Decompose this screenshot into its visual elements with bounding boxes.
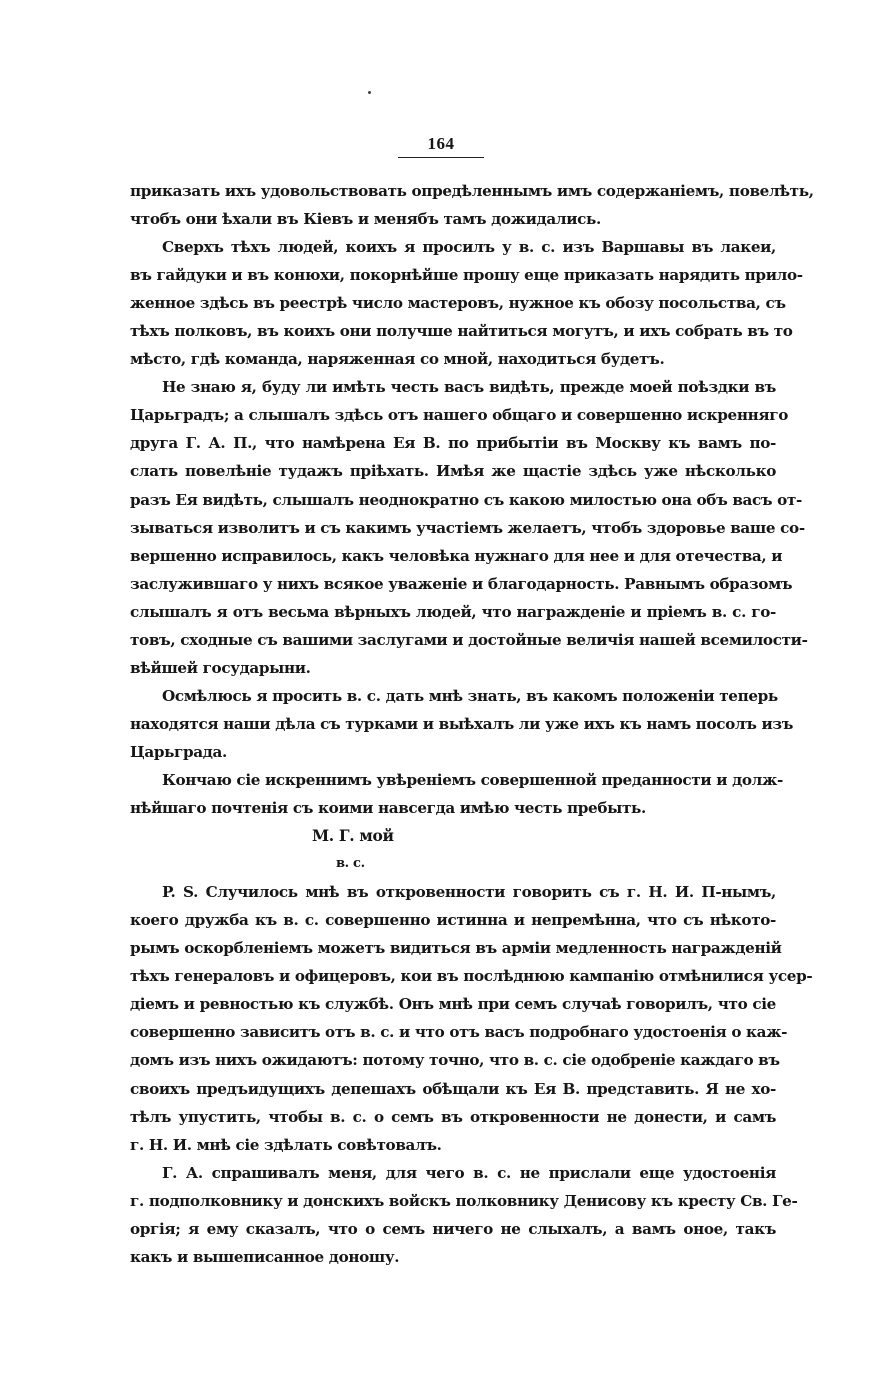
page-number-rule [398,157,484,158]
text-line: тѣлъ упустить, чтобы в. с. о семъ въ отк… [130,1103,776,1131]
text-line: Осмѣлюсь я просить в. с. дать мнѣ знать,… [130,682,776,710]
text-line: зываться изволитъ и съ какимъ участіемъ … [130,514,776,542]
text-line: Кончаю сіе искреннимъ увѣреніемъ соверше… [130,766,776,794]
text-line: нѣйшаго почтенія съ коими навсегда имѣю … [130,794,776,822]
text-line: приказать ихъ удовольствовать опредѣленн… [130,177,776,205]
signature-salutation: М. Г. мой [130,822,776,850]
text-line: слать повелѣніе тудажъ пріѣхать. Имѣя же… [130,457,776,485]
signature-abbrev: в. с. [130,850,776,878]
text-line: г. подполковнику и донскихъ войскъ полко… [130,1187,776,1215]
text-line: заслужившаго у нихъ всякое уваженіе и бл… [130,570,776,598]
text-line: діемъ и ревностью къ службѣ. Онъ мнѣ при… [130,990,776,1018]
text-line: Г. А. спрашивалъ меня, для чего в. с. не… [130,1159,776,1187]
text-line: рымъ оскорбленіемъ можетъ видиться въ ар… [130,934,776,962]
text-line: тѣхъ полковъ, въ коихъ они получше найти… [130,317,776,345]
text-line: находятся наши дѣла съ турками и выѣхалъ… [130,710,776,738]
text-line: совершенно зависитъ отъ в. с. и что отъ … [130,1018,776,1046]
text-line: въ гайдуки и въ конюхи, покорнѣйше прошу… [130,261,776,289]
text-line: чтобъ они ѣхали въ Кіевъ и менябъ тамъ д… [130,205,776,233]
text-line: мѣсто, гдѣ команда, наряженная со мной, … [130,345,776,373]
text-line: женное здѣсь въ реестрѣ число мастеровъ,… [130,289,776,317]
text-line: вершенно исправилось, какъ человѣка нужн… [130,542,776,570]
text-line: разъ Ея видѣть, слышалъ неоднократно съ … [130,486,776,514]
text-line: Не знаю я, буду ли имѣть честь васъ видѣ… [130,373,776,401]
text-line: коего дружба къ в. с. совершенно истинна… [130,906,776,934]
text-line: оргія; я ему сказалъ, что о семъ ничего … [130,1215,776,1243]
text-line: Сверхъ тѣхъ людей, коихъ я просилъ у в. … [130,233,776,261]
text-line: Царьградъ; а слышалъ здѣсь отъ нашего об… [130,401,776,429]
text-line: Царьграда. [130,738,776,766]
page-body: приказать ихъ удовольствовать опредѣленн… [130,177,776,1271]
text-line: тѣхъ генераловъ и офицеровъ, кои въ посл… [130,962,776,990]
text-line: своихъ предъидущихъ депешахъ обѣщали къ … [130,1075,776,1103]
page-number: 164 [398,134,484,154]
text-line: вѣйшей государыни. [130,654,776,682]
scan-speck [368,91,371,94]
text-line: домъ изъ нихъ ожидаютъ: потому точно, чт… [130,1046,776,1074]
text-line: какъ и вышеписанное доношу. [130,1243,776,1271]
postscript-line: P. S. Случилось мнѣ въ откровенности гов… [130,878,776,906]
text-line: друга Г. А. П., что намѣрена Ея В. по пр… [130,429,776,457]
text-line: товъ, сходные съ вашими заслугами и дост… [130,626,776,654]
text-line: г. Н. И. мнѣ сіе здѣлать совѣтовалъ. [130,1131,776,1159]
text-line: слышалъ я отъ весьма вѣрныхъ людей, что … [130,598,776,626]
